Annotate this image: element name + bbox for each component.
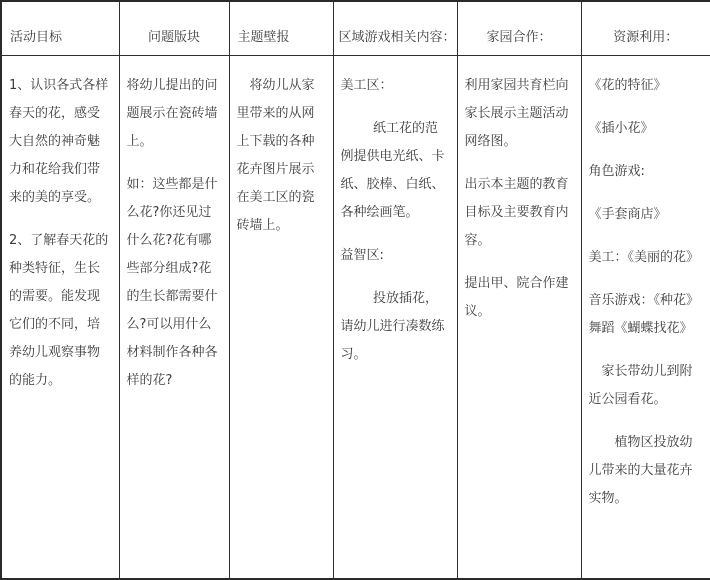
header-row: 活动目标 问题版块 主题壁报 区域游戏相关内容： 家园合作： 资源利用：	[1, 1, 710, 55]
document-page: 活动目标 问题版块 主题壁报 区域游戏相关内容： 家园合作： 资源利用： 1、认…	[0, 0, 710, 580]
cell-question-section: 将幼儿提出的问题展示在瓷砖墙上。 如：这些都是什么花?你还见过什么花?花有哪些部…	[119, 55, 229, 579]
cell-area-games: 美工区： 纸工花的范例提供电光纸、卡纸、胶棒、白纸、各种绘画笔。 益智区: 投放…	[333, 55, 457, 579]
paragraph: 植物区投放幼儿带来的大量花卉实物。	[589, 429, 704, 513]
paragraph: 美工区：	[341, 72, 450, 100]
header-theme-wall: 主题壁报	[229, 1, 333, 55]
paragraph: 音乐游戏：《种花》舞蹈《蝴蝶找花》	[589, 287, 704, 343]
theme-activity-table: 活动目标 问题版块 主题壁报 区域游戏相关内容： 家园合作： 资源利用： 1、认…	[0, 0, 710, 580]
header-resource-use: 资源利用：	[581, 1, 710, 55]
paragraph: 2、了解春天花的种类特征，生长的需要。能发现它们的不同，培养幼儿观察事物的能力。	[9, 227, 112, 395]
cell-home-cooperation: 利用家园共育栏向家长展示主题活动网络图。 出示本主题的教育目标及主要教育内容。 …	[457, 55, 581, 579]
paragraph: 益智区:	[341, 242, 450, 270]
cell-activity-goals: 1、认识各式各样春天的花，感受大自然的神奇魅力和花给我们带来的美的享受。 2、了…	[1, 55, 119, 579]
header-home-cooperation: 家园合作：	[457, 1, 581, 55]
cell-resource-use: 《花的特征》 《插小花》 角色游戏: 《手套商店》 美工：《美丽的花》 音乐游戏…	[581, 55, 710, 579]
paragraph: 《手套商店》	[589, 201, 704, 229]
paragraph: 美工：《美丽的花》	[589, 244, 704, 272]
paragraph: 1、认识各式各样春天的花，感受大自然的神奇魅力和花给我们带来的美的享受。	[9, 72, 112, 212]
header-activity-goals: 活动目标	[1, 1, 119, 55]
paragraph: 将幼儿从家里带来的从网上下载的各种花卉图片展示在美工区的瓷砖墙上。	[237, 72, 326, 240]
paragraph: 纸工花的范例提供电光纸、卡纸、胶棒、白纸、各种绘画笔。	[341, 115, 450, 227]
paragraph: 角色游戏:	[589, 158, 704, 186]
paragraph: 将幼儿提出的问题展示在瓷砖墙上。	[127, 72, 222, 156]
paragraph: 提出甲、院合作建议。	[465, 270, 574, 326]
header-question-section: 问题版块	[119, 1, 229, 55]
paragraph: 投放插花，请幼儿进行凑数练习。	[341, 285, 450, 369]
paragraph: 家长带幼儿到附近公园看花。	[589, 358, 704, 414]
body-row: 1、认识各式各样春天的花，感受大自然的神奇魅力和花给我们带来的美的享受。 2、了…	[1, 55, 710, 579]
paragraph: 利用家园共育栏向家长展示主题活动网络图。	[465, 72, 574, 156]
paragraph: 出示本主题的教育目标及主要教育内容。	[465, 171, 574, 255]
paragraph: 如：这些都是什么花?你还见过什么花?花有哪些部分组成?花的生长都需要什么?可以用…	[127, 171, 222, 395]
paragraph: 《插小花》	[589, 115, 704, 143]
cell-theme-wall: 将幼儿从家里带来的从网上下载的各种花卉图片展示在美工区的瓷砖墙上。	[229, 55, 333, 579]
paragraph: 《花的特征》	[589, 72, 704, 100]
header-area-games: 区域游戏相关内容：	[333, 1, 457, 55]
